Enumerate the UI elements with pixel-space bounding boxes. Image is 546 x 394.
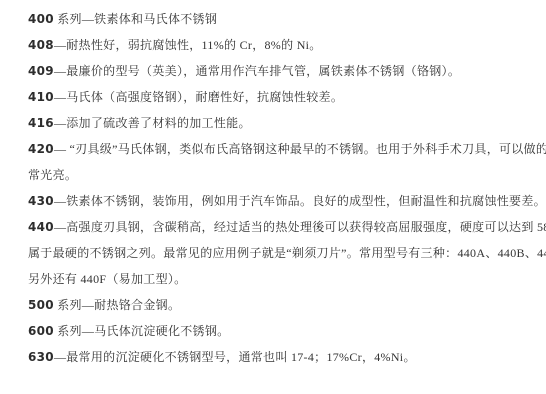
- line-number: 420: [28, 142, 54, 156]
- line-number: 400: [28, 12, 54, 26]
- line-number: 409: [28, 64, 54, 78]
- line-text: — “刃具级”马氏体钢，类似布氏高铬钢这种最早的不锈钢。也用于外科手术刀具，可以…: [54, 142, 546, 156]
- text-line: 常光亮。: [28, 162, 546, 188]
- line-text: —最廉价的型号（英美），通常用作汽车排气管，属铁素体不锈钢（铬钢）。: [54, 64, 460, 78]
- document-page: 400 系列—铁素体和马氏体不锈钢 408—耐热性好，弱抗腐蚀性，11%的 Cr…: [0, 0, 546, 394]
- line-number: 440: [28, 220, 54, 234]
- text-line: 另外还有 440F（易加工型）。: [28, 266, 546, 292]
- line-number: 408: [28, 38, 54, 52]
- text-line: 600 系列—马氏体沉淀硬化不锈钢。: [28, 318, 546, 344]
- text-line: 440—高强度刃具钢，含碳稍高，经过适当的热处理後可以获得较高屈服强度，硬度可以…: [28, 214, 546, 240]
- text-line: 属于最硬的不锈钢之列。最常见的应用例子就是“剃须刀片”。常用型号有三种：440A…: [28, 240, 546, 266]
- line-number: 500: [28, 298, 54, 312]
- line-text: 系列—铁素体和马氏体不锈钢: [54, 12, 217, 26]
- line-number: 410: [28, 90, 54, 104]
- line-number: 416: [28, 116, 54, 130]
- line-text: 属于最硬的不锈钢之列。最常见的应用例子就是“剃须刀片”。常用型号有三种：440A…: [28, 246, 546, 260]
- line-text: 系列—马氏体沉淀硬化不锈钢。: [54, 324, 230, 338]
- line-number: 600: [28, 324, 54, 338]
- line-text: —最常用的沉淀硬化不锈钢型号，通常也叫 17-4；17%Cr，4%Ni。: [54, 350, 416, 364]
- text-line: 500 系列—耐热铬合金钢。: [28, 292, 546, 318]
- line-text: —添加了硫改善了材料的加工性能。: [54, 116, 251, 130]
- text-line: 430—铁素体不锈钢，装饰用，例如用于汽车饰品。良好的成型性，但耐温性和抗腐蚀性…: [28, 188, 546, 214]
- line-text: 系列—耐热铬合金钢。: [54, 298, 180, 312]
- line-text: —耐热性好，弱抗腐蚀性，11%的 Cr，8%的 Ni。: [54, 38, 322, 52]
- text-line: 410—马氏体（高强度铬钢），耐磨性好，抗腐蚀性较差。: [28, 84, 546, 110]
- text-line: 420— “刃具级”马氏体钢，类似布氏高铬钢这种最早的不锈钢。也用于外科手术刀具…: [28, 136, 546, 162]
- line-text: —高强度刃具钢，含碳稍高，经过适当的热处理後可以获得较高屈服强度，硬度可以达到 …: [54, 220, 546, 234]
- line-number: 630: [28, 350, 54, 364]
- text-line: 408—耐热性好，弱抗腐蚀性，11%的 Cr，8%的 Ni。: [28, 32, 546, 58]
- line-text: 常光亮。: [28, 168, 77, 182]
- text-line: 400 系列—铁素体和马氏体不锈钢: [28, 6, 546, 32]
- line-text: 另外还有 440F（易加工型）。: [28, 272, 186, 286]
- text-line: 630—最常用的沉淀硬化不锈钢型号，通常也叫 17-4；17%Cr，4%Ni。: [28, 344, 546, 370]
- text-line: 416—添加了硫改善了材料的加工性能。: [28, 110, 546, 136]
- text-line: 409—最廉价的型号（英美），通常用作汽车排气管，属铁素体不锈钢（铬钢）。: [28, 58, 546, 84]
- line-text: —铁素体不锈钢，装饰用，例如用于汽车饰品。良好的成型性，但耐温性和抗腐蚀性要差。: [54, 194, 546, 208]
- document-body: 400 系列—铁素体和马氏体不锈钢 408—耐热性好，弱抗腐蚀性，11%的 Cr…: [0, 0, 546, 370]
- line-number: 430: [28, 194, 54, 208]
- line-text: —马氏体（高强度铬钢），耐磨性好，抗腐蚀性较差。: [54, 90, 343, 104]
